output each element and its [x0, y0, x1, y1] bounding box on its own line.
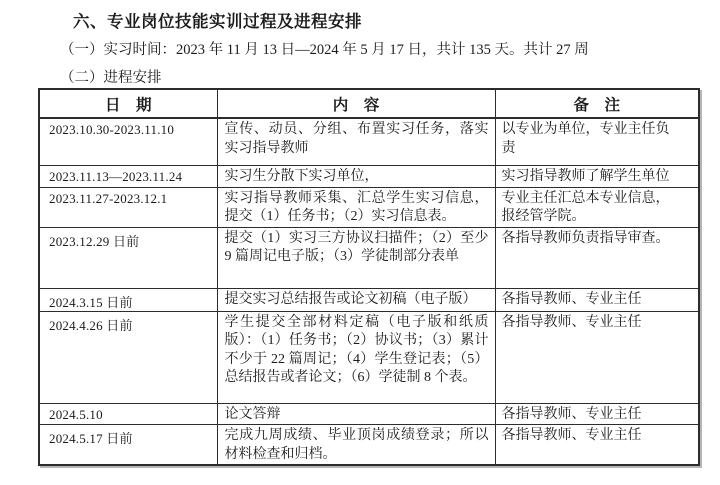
- cell-note: 实习指导教师了解学生单位: [495, 165, 699, 187]
- table-row: 2024.5.17 日前 完成九周成绩、毕业顶岗成绩登录；所以材料检查和归档。 …: [39, 425, 699, 466]
- cell-content: 学生提交全部材料定稿（电子版和纸质版）：（1）任务书；（2）协议书；（3）累计不…: [217, 311, 495, 403]
- table-row: 2023.10.30-2023.11.10 宣传、动员、分组、布置实习任务，落实…: [39, 118, 699, 165]
- schedule-heading-line: （二）进程安排: [60, 66, 162, 87]
- cell-date: 2024.4.26 日前: [39, 311, 217, 403]
- cell-content: 实习指导教师采集、汇总学生实习信息，提交（1）任务书；（2）实习信息表。: [217, 187, 495, 227]
- section-title: 六、专业岗位技能实训过程及进程安排: [73, 8, 362, 32]
- table-row: 2023.11.13—2023.11.24 实习生分散下实习单位， 实习指导教师…: [39, 165, 699, 187]
- cell-content: 完成九周成绩、毕业顶岗成绩登录；所以材料检查和归档。: [217, 425, 495, 466]
- column-header-note: 备 注: [495, 89, 699, 118]
- cell-note: 以专业为单位，专业主任负责: [495, 118, 699, 165]
- cell-date: 2023.11.13—2023.11.24: [39, 165, 217, 187]
- cell-date: 2024.3.15 日前: [39, 288, 217, 311]
- cell-date: 2024.5.17 日前: [39, 425, 217, 466]
- cell-content: 论文答辩: [217, 403, 495, 425]
- cell-note: 专业主任汇总本专业信息，报经管学院。: [495, 187, 699, 227]
- table-row: 2023.12.29 日前 提交（1）实习三方协议扫描件；（2）至少 9 篇周记…: [39, 227, 699, 288]
- table-row: 2023.11.27-2023.12.1 实习指导教师采集、汇总学生实习信息，提…: [39, 187, 699, 227]
- cell-date: 2023.11.27-2023.12.1: [39, 187, 217, 227]
- cell-content: 提交实习总结报告或论文初稿（电子版）: [217, 288, 495, 311]
- cell-date: 2023.10.30-2023.11.10: [39, 118, 217, 165]
- table-row: 2024.3.15 日前 提交实习总结报告或论文初稿（电子版） 各指导教师、专业…: [39, 288, 699, 311]
- practice-time-line: （一）实习时间：2023 年 11 月 13 日—2024 年 5 月 17 日…: [60, 38, 589, 59]
- cell-content: 提交（1）实习三方协议扫描件；（2）至少 9 篇周记电子版；（3）学徒制部分表单: [217, 227, 495, 288]
- table-header-row: 日 期 内 容 备 注: [39, 89, 699, 118]
- table-row: 2024.4.26 日前 学生提交全部材料定稿（电子版和纸质版）：（1）任务书；…: [39, 311, 699, 403]
- cell-date: 2023.12.29 日前: [39, 227, 217, 288]
- cell-note: 各指导教师、专业主任: [495, 311, 699, 403]
- cell-note: 各指导教师负责指导审查。: [495, 227, 699, 288]
- cell-content: 宣传、动员、分组、布置实习任务，落实实习指导教师: [217, 118, 495, 165]
- document-page: 六、专业岗位技能实训过程及进程安排 （一）实习时间：2023 年 11 月 13…: [0, 0, 720, 485]
- column-header-content: 内 容: [217, 89, 495, 118]
- table-row: 2024.5.10 论文答辩 各指导教师、专业主任: [39, 403, 699, 425]
- cell-content: 实习生分散下实习单位，: [217, 165, 495, 187]
- cell-date: 2024.5.10: [39, 403, 217, 425]
- schedule-table: 日 期 内 容 备 注 2023.10.30-2023.11.10 宣传、动员、…: [38, 88, 700, 466]
- cell-note: 各指导教师、专业主任: [495, 288, 699, 311]
- cell-note: 各指导教师、专业主任: [495, 403, 699, 425]
- cell-note: 各指导教师、专业主任: [495, 425, 699, 466]
- column-header-date: 日 期: [39, 89, 217, 118]
